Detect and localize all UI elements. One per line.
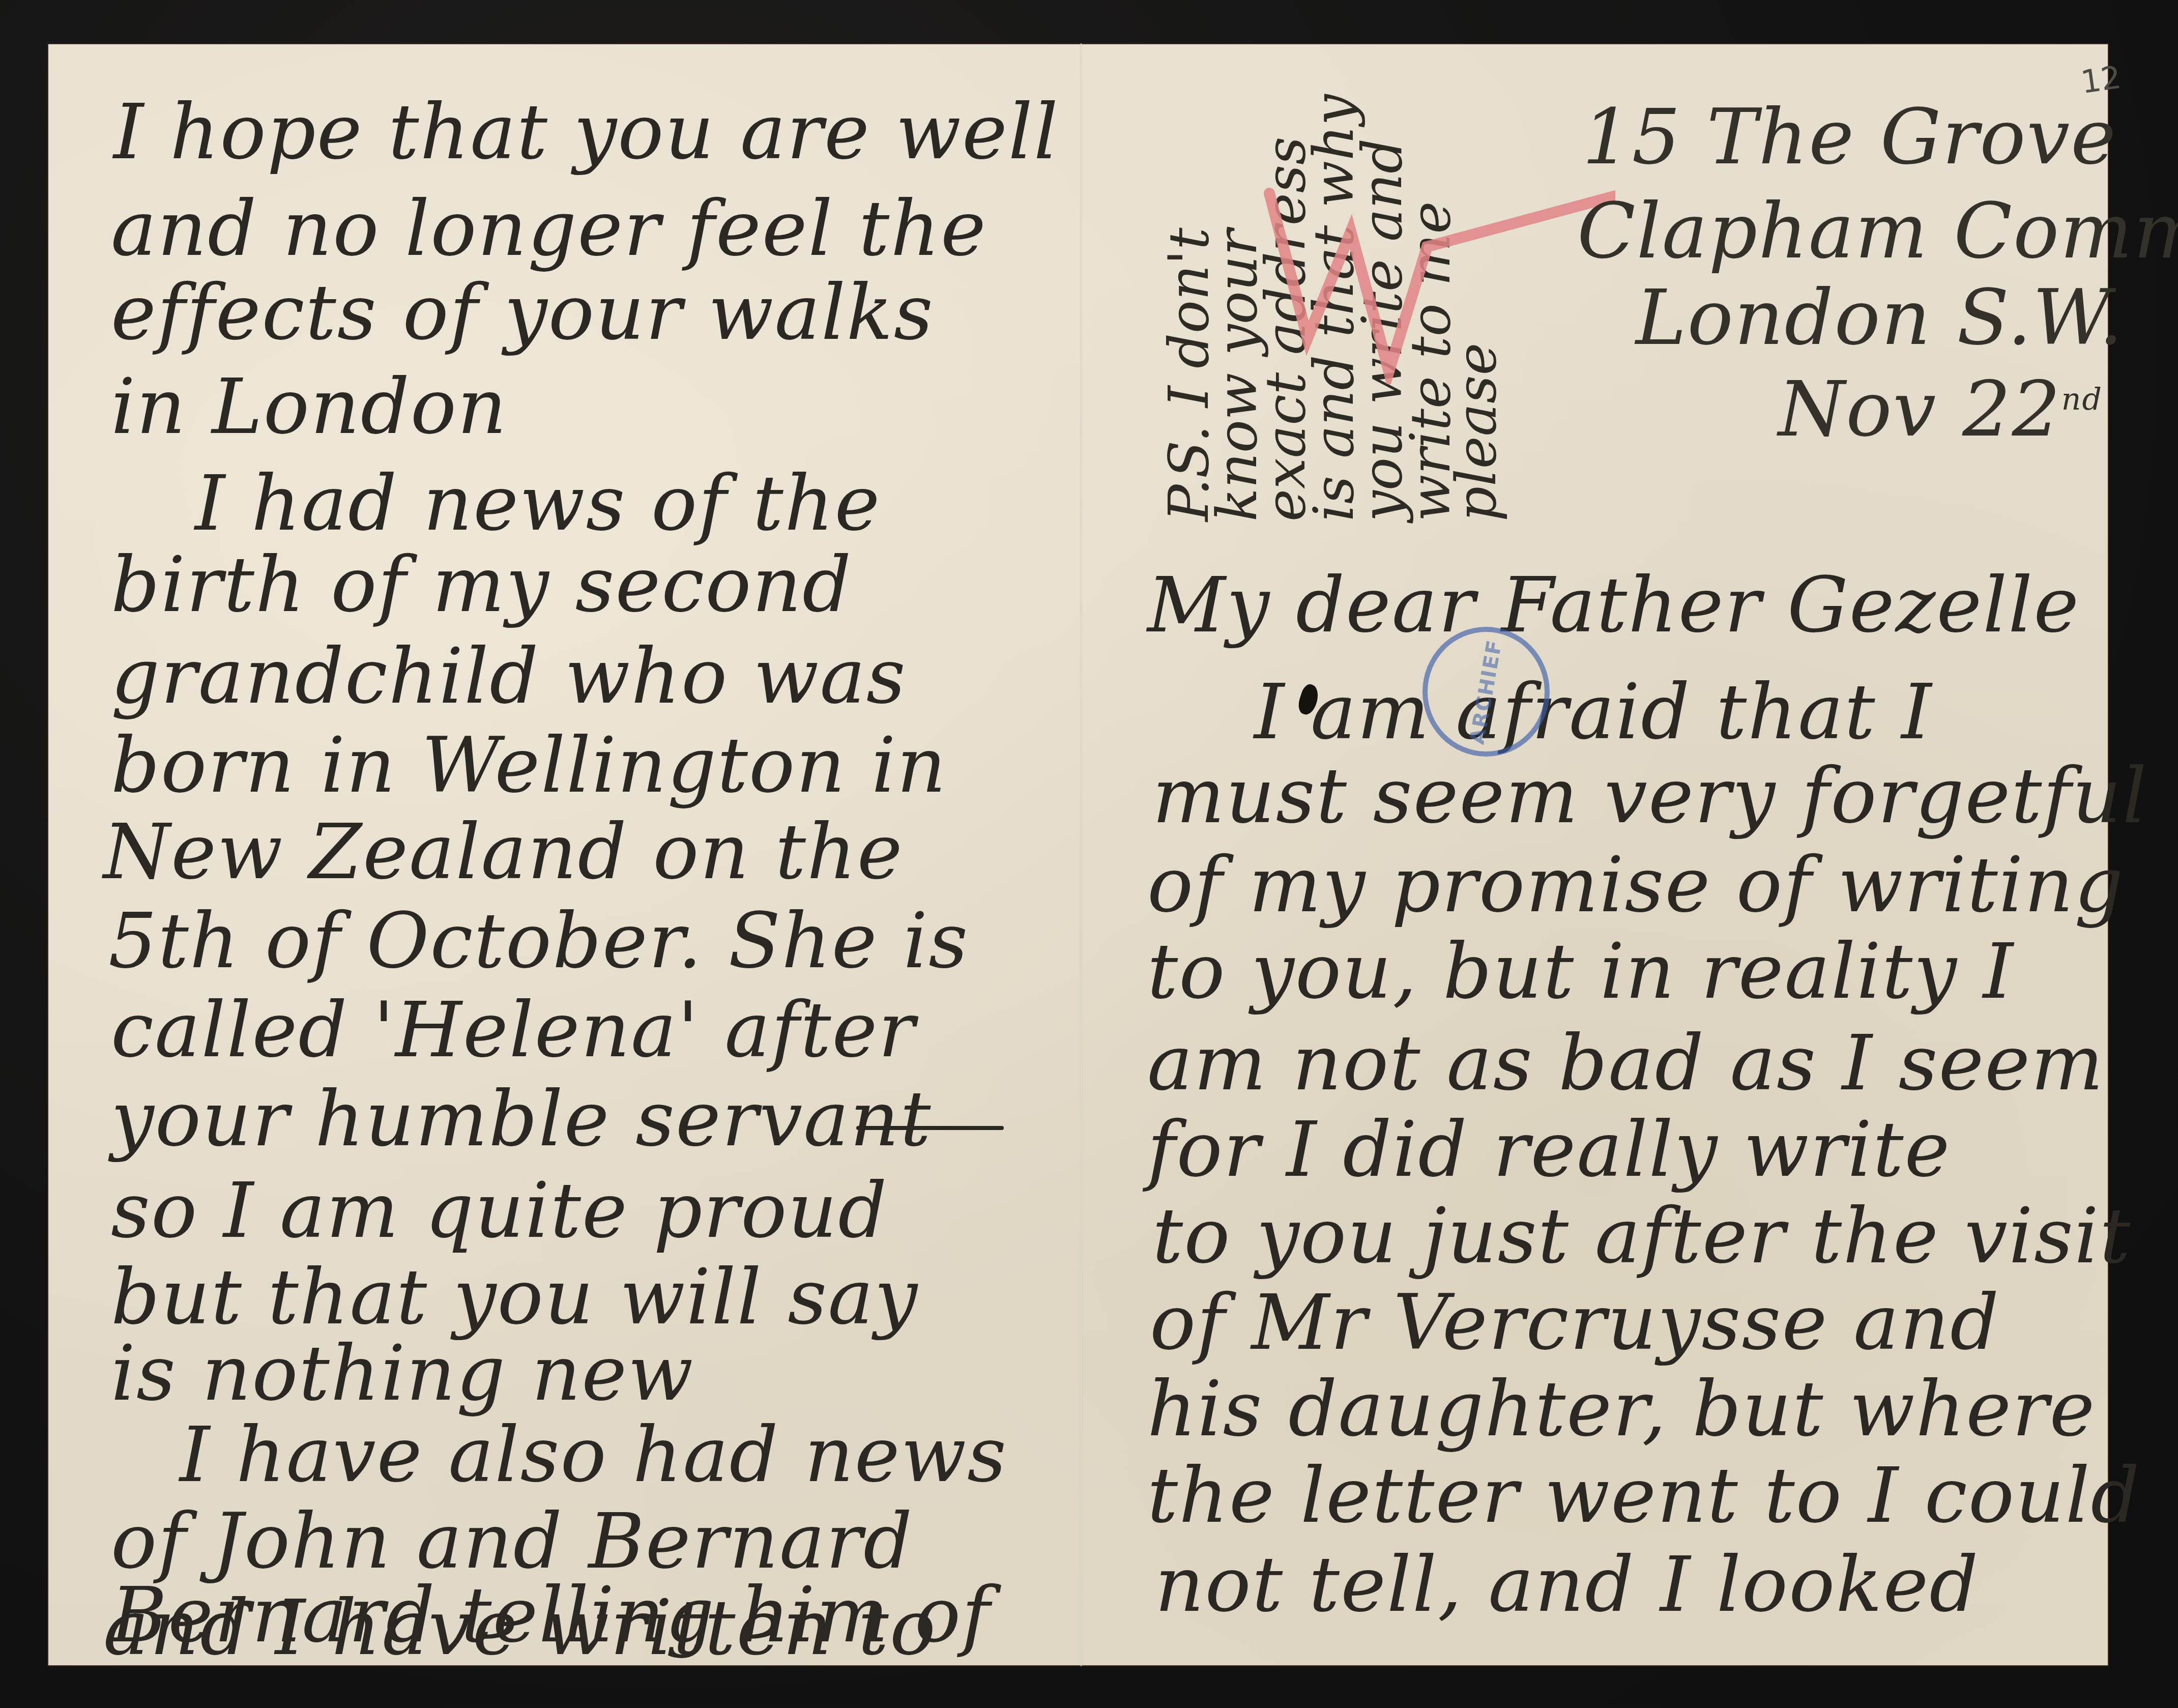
underline-mark [856, 1126, 1004, 1130]
left-line-1: I hope that you are well [113, 94, 1059, 170]
folio-number: 12 [2078, 59, 2123, 101]
red-pencil-w-mark [1259, 170, 1615, 384]
left-line-5: I had news of the [195, 466, 881, 542]
left-line-9: New Zealand on the [103, 814, 903, 890]
left-line-3: effects of your walks [111, 275, 934, 351]
postscript-block: P.S. I don't know your exact address is … [1157, 64, 1524, 562]
left-line-19: Bernard telling him of [111, 1577, 991, 1654]
salutation: My dear Father Gezelle [1147, 567, 2080, 644]
letter-date: Nov 22nd [1778, 371, 2103, 448]
left-line-14: but that you will say [111, 1259, 918, 1336]
left-line-4: in London [111, 369, 508, 445]
right-line-4: to you, but in reality I [1147, 934, 2014, 1010]
right-line-1: I am afraid that I [1254, 674, 1933, 750]
left-line-17: of John and Bernard [111, 1503, 913, 1580]
letter-sheet: I hope that you are well and no longer f… [47, 43, 2109, 1666]
right-line-7: to you just after the visit [1152, 1198, 2131, 1275]
right-page: P.S. I don't know your exact address is … [1081, 43, 2109, 1666]
address-line-1: 15 The Grove [1582, 99, 2117, 176]
stamp-label: ARCHIEF [1465, 638, 1506, 746]
right-line-6: for I did really write [1147, 1112, 1951, 1188]
right-line-5: am not as bad as I seem [1147, 1025, 2104, 1102]
date-text: Nov 22 [1778, 365, 2061, 454]
right-line-3: of my promise of writing [1147, 847, 2124, 923]
right-line-10: the letter went to I could [1147, 1458, 2141, 1534]
archive-stamp: ARCHIEF [1422, 627, 1550, 757]
left-line-16: I have also had news [180, 1417, 1007, 1493]
right-line-2: must seem very forgetful [1152, 758, 2148, 834]
address-line-3: London S.W. [1636, 280, 2124, 356]
left-line-12: your humble servant [111, 1081, 932, 1157]
date-suffix: nd [2061, 382, 2103, 417]
right-line-8: of Mr Vercruysse and [1150, 1285, 2000, 1361]
left-line-8: born in Wellington in [111, 728, 947, 804]
left-line-15: is nothing new [111, 1336, 694, 1412]
left-page: I hope that you are well and no longer f… [47, 43, 1081, 1666]
left-line-7: grandchild who was [111, 639, 907, 715]
left-line-2: and no longer feel the [111, 191, 987, 267]
right-line-9: his daughter, but where [1147, 1371, 2096, 1448]
left-line-6: birth of my second [111, 547, 852, 623]
left-line-11: called 'Helena' after [111, 992, 916, 1068]
left-line-13: so I am quite proud [111, 1173, 888, 1249]
right-line-11: not tell, and I looked [1155, 1547, 1979, 1623]
left-line-10: 5th of October. She is [108, 903, 969, 979]
address-line-2: Clapham Common [1577, 193, 2178, 270]
